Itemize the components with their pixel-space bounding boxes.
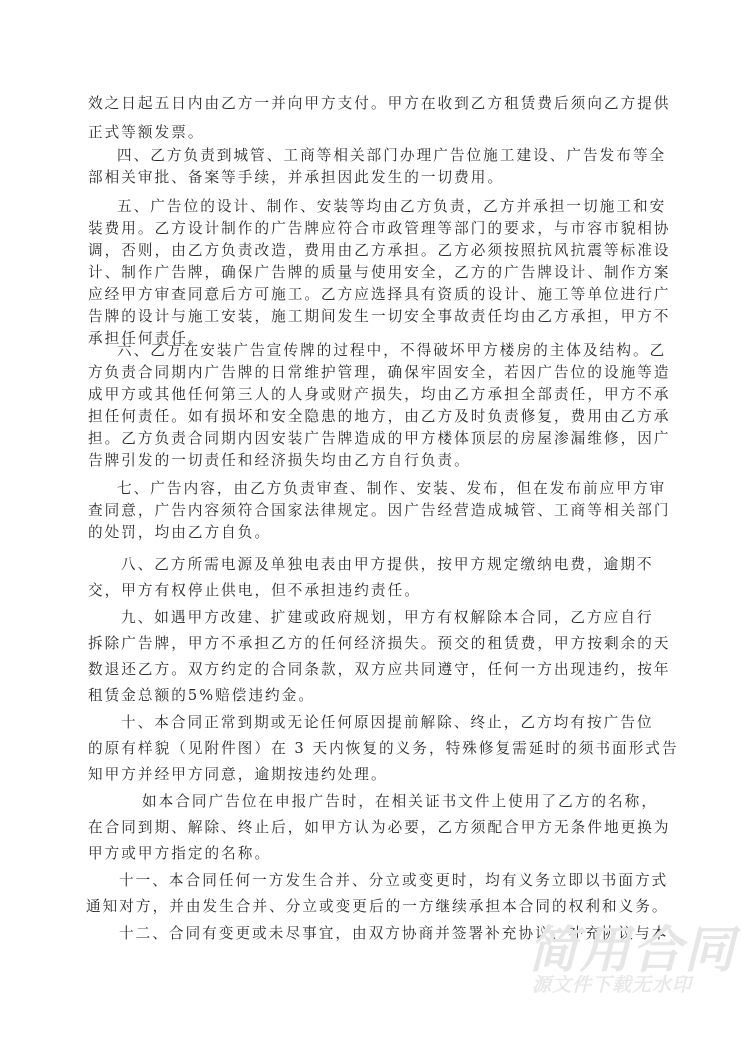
document-text-line: 应经甲方审查同意后方可施工。乙方应选择具有资质的设计、施工等单位进行广 bbox=[88, 286, 668, 304]
document-text-line: 交，甲方有权停止供电，但不承担违约责任。 bbox=[88, 582, 668, 600]
document-text-line: 部相关审批、备案等手续，并承担因此发生的一切费用。 bbox=[88, 169, 668, 187]
document-text-line: 担。乙方负责合同期内因安装广告牌造成的甲方楼体顶层的房屋渗漏维修，因广 bbox=[88, 430, 668, 448]
watermark-subtitle: 源文件下载无水印 bbox=[532, 974, 692, 996]
document-text-line: 十一、本合同任何一方发生合并、分立或变更时，均有义务立即以书面方式 bbox=[119, 872, 699, 890]
document-text-line: 九、如遇甲方改建、扩建或政府规划，甲方有权解除本合同，乙方应自行 bbox=[121, 609, 701, 627]
document-page: 效之日起五日内由乙方一并向甲方支付。甲方在收到乙方租赁费后须向乙方提供正式等额发… bbox=[0, 0, 742, 1049]
document-text-line: 知甲方并经甲方同意，逾期按违约处理。 bbox=[88, 766, 668, 784]
document-text-line: 告牌的设计与施工安装，施工期间发生一切安全事故责任均由乙方承担，甲方不 bbox=[88, 308, 668, 326]
document-text-line: 拆除广告牌，甲方不承担乙方的任何经济损失。预交的租赁费，甲方按剩余的天 bbox=[88, 635, 668, 653]
document-text-line: 效之日起五日内由乙方一并向甲方支付。甲方在收到乙方租赁费后须向乙方提供 bbox=[88, 95, 668, 113]
document-text-line: 计、制作广告牌，确保广告牌的质量与使用安全，乙方的广告牌设计、制作方案 bbox=[88, 264, 668, 282]
document-text-line: 四、乙方负责到城管、工商等相关部门办理广告位施工建设、广告发布等全 bbox=[117, 147, 697, 165]
document-text-line: 八、乙方所需电源及单独电表由甲方提供，按甲方规定缴纳电费，逾期不 bbox=[121, 556, 701, 574]
document-text-line: 五、广告位的设计、制作、安装等均由乙方负责，乙方并承担一切施工和安 bbox=[117, 198, 697, 216]
document-text-line: 成甲方或其他任何第三人的人身或财产损失，均由乙方承担全部责任，甲方不承 bbox=[88, 386, 668, 404]
document-text-line: 的处罚，均由乙方自负。 bbox=[88, 524, 668, 542]
document-text-line: 告牌引发的一切责任和经济损失均由乙方自行负责。 bbox=[88, 452, 668, 470]
document-text-line: 七、广告内容，由乙方负责审查、制作、安装、发布，但在发布前应甲方审 bbox=[117, 480, 697, 498]
document-text-line: 通知对方，并由发生合并、分立或变更后的一方继续承担本合同的权利和义务。 bbox=[86, 898, 666, 916]
document-text-line: 租赁金总额的5%赔偿违约金。 bbox=[88, 687, 668, 705]
document-text-line: 装费用。乙方设计制作的广告牌应符合市政管理等部门的要求，与市容市貌相协 bbox=[88, 220, 668, 238]
document-text-line: 担任何责任。如有损坏和安全隐患的地方，由乙方及时负责修复，费用由乙方承 bbox=[88, 408, 668, 426]
document-text-line: 的原有样貌（见附件图）在 3 天内恢复的义务，特殊修复需延时的须书面形式告 bbox=[88, 740, 668, 758]
document-text-line: 如本合同广告位在申报广告时，在相关证书文件上使用了乙方的名称， bbox=[142, 793, 722, 811]
document-text-line: 数退还乙方。双方约定的合同条款，双方应共同遵守，任何一方出现违约，按年 bbox=[88, 661, 668, 679]
document-text-line: 查同意，广告内容须符合国家法律规定。因广告经营造成城管、工商等相关部门 bbox=[88, 502, 668, 520]
document-text-line: 甲方或甲方指定的名称。 bbox=[88, 845, 668, 863]
document-text-line: 调，否则，由乙方负责改造，费用由乙方承担。乙方必须按照抗风抗震等标准设 bbox=[88, 242, 668, 260]
watermark-title: 简用合同 bbox=[528, 922, 736, 978]
document-text-line: 在合同到期、解除、终止后，如甲方认为必要，乙方须配合甲方无条件地更换为 bbox=[88, 819, 668, 837]
document-text-line: 方负责合同期内广告牌的日常维护管理，确保牢固安全，若因广告位的设施等造 bbox=[88, 364, 668, 382]
document-text-line: 十、本合同正常到期或无论任何原因提前解除、终止，乙方均有按广告位 bbox=[121, 714, 701, 732]
document-text-line: 正式等额发票。 bbox=[88, 124, 668, 142]
document-text-line: 六、乙方在安装广告宣传牌的过程中，不得破坏甲方楼房的主体及结构。乙 bbox=[117, 342, 697, 360]
